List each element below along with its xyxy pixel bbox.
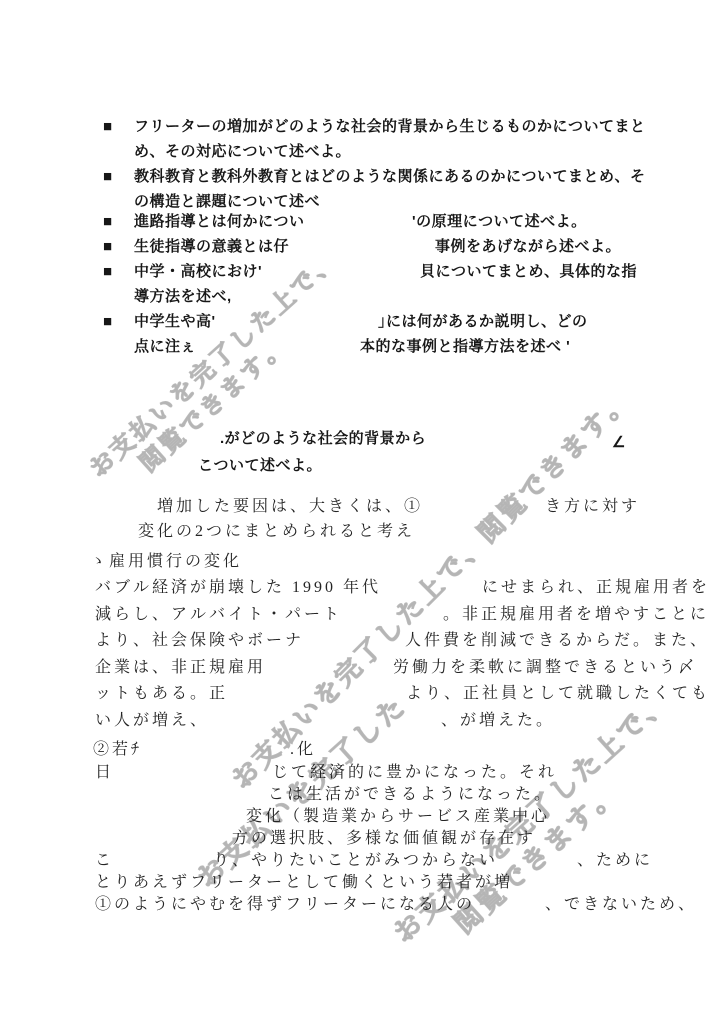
text-fragment: の構造と課題について述べ xyxy=(134,193,320,210)
text-fragment: 本的な事例と指導方法を述べ ' xyxy=(360,338,570,355)
text-fragment: り、やりたいことがみつからない xyxy=(213,851,498,870)
text-fragment: 増加した要因は、大きくは、① xyxy=(157,497,423,516)
text-fragment: 教科教育と教科外教育とはどのような関係にあるのかについてまとめ、そ xyxy=(134,168,646,185)
text-fragment: 変化の2つにまとめられると考え xyxy=(138,522,415,541)
text-fragment: 労働力を柔軟に調整できるという〆 xyxy=(393,658,697,677)
text-fragment: 。非正規雇用者を増やすことに xyxy=(443,605,709,624)
bullet-marker: ■ xyxy=(103,168,113,185)
text-fragment: き方に対す xyxy=(545,497,640,516)
text-fragment: こ xyxy=(95,851,114,870)
text-fragment: 点に注ぇ xyxy=(134,338,196,355)
text-fragment: バブル経済が崩壊した 1990 年代 xyxy=(95,578,381,597)
text-fragment: ットもある。正 xyxy=(95,684,228,703)
bullet-marker: ■ xyxy=(103,118,113,135)
text-fragment: とりあえずフリーターとして働くという若者が増 xyxy=(95,873,513,892)
text-fragment: ゝ雇用慣行の変化 xyxy=(90,552,242,571)
bullet-marker: ■ xyxy=(103,238,113,255)
text-fragment: 変化（製造業からサービス産業中心 xyxy=(246,807,550,826)
text-fragment: 、ために xyxy=(577,851,653,870)
text-fragment: より、正社員として就職したくても xyxy=(406,684,710,703)
text-fragment: フリーターの増加がどのような社会的背景から生じるものかについてまと xyxy=(134,118,646,135)
text-fragment: 貝についてまとめ、具体的な指 xyxy=(420,263,637,280)
text-fragment: 生徒指導の意義とは仔 xyxy=(134,238,289,255)
document-page: お支払いを完了した上で、閲覧できます。お支払いを完了した上で、閲覧できます。お支… xyxy=(0,0,724,1024)
text-fragment: より、社会保険やボーナ xyxy=(95,631,304,650)
text-fragment: 企業は、非正規雇用 xyxy=(95,658,266,677)
text-fragment: 、できないため、 xyxy=(545,895,697,914)
bullet-marker: ■ xyxy=(103,263,113,280)
text-fragment: 方の選択肢、多様な価値観が存在す xyxy=(232,829,536,848)
text-fragment: ②若ﾁ xyxy=(93,740,142,759)
text-fragment: 減らし、アルバイト・パート xyxy=(95,605,342,624)
text-fragment: にせまられ、正規雇用者を xyxy=(482,578,710,597)
text-fragment: ｣には何があるか説明し、どの xyxy=(378,313,588,330)
text-fragment: い人が増え、 xyxy=(95,711,209,730)
text-fragment: .がどのような社会的背景から xyxy=(220,430,426,447)
text-fragment: め、その対応について述べよ。 xyxy=(134,143,351,160)
bullet-marker: ■ xyxy=(103,213,113,230)
text-fragment: 事例をあげながら述べよ。 xyxy=(435,238,621,255)
text-fragment: 'の原理について述べよ。 xyxy=(412,213,587,230)
text-fragment: 進路指導とは何かについ xyxy=(134,213,305,230)
text-fragment: .化 xyxy=(290,740,316,759)
text-fragment: こついて述べよ。 xyxy=(198,457,322,474)
text-fragment: 中学生や高' xyxy=(134,313,216,330)
text-fragment: 人件費を削減できるからだ。また、 xyxy=(405,631,709,650)
text-fragment: 日 xyxy=(95,763,114,782)
text-fragment: こは生活ができるようになった。 xyxy=(268,785,553,804)
text-fragment: ①のようにやむを得ずフリーターになる人の xyxy=(95,895,475,914)
bullet-marker: ■ xyxy=(103,313,113,330)
text-fragment: ∠ xyxy=(612,434,626,451)
text-fragment: 導方法を述べ, xyxy=(134,288,232,305)
text-fragment: じて経済的に豊かになった。それ xyxy=(272,763,557,782)
text-fragment: 中学・高校におけ' xyxy=(134,263,262,280)
text-fragment: 、が増えた。 xyxy=(441,711,555,730)
